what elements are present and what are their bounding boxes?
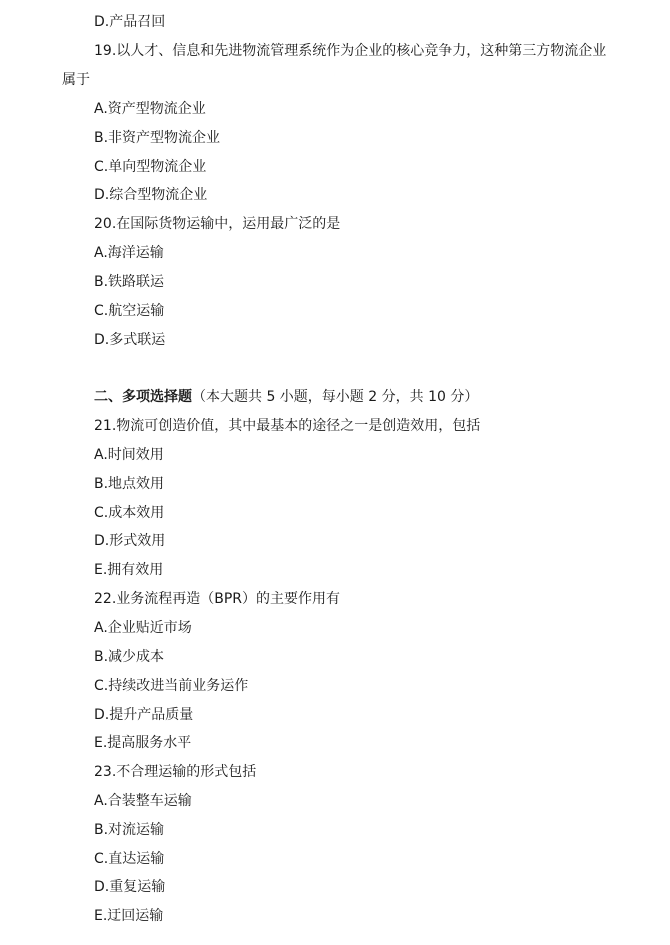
q21-option-a: A.时间效用 xyxy=(94,446,164,464)
q18-option-d: D.产品召回 xyxy=(94,13,165,31)
q22-option-c: C.持续改进当前业务运作 xyxy=(94,677,248,695)
q22-option-a: A.企业贴近市场 xyxy=(94,619,192,637)
q23-option-d: D.重复运输 xyxy=(94,878,165,896)
q23-stem: 23.不合理运输的形式包括 xyxy=(94,763,256,781)
q20-option-c: C.航空运输 xyxy=(94,302,164,320)
q20-stem: 20.在国际货物运输中，运用最广泛的是 xyxy=(94,215,340,233)
q21-option-d: D.形式效用 xyxy=(94,532,165,550)
section-heading: 二、多项选择题（本大题共 5 小题，每小题 2 分，共 10 分） xyxy=(94,388,478,406)
q19-option-a: A.资产型物流企业 xyxy=(94,100,206,118)
q23-option-e: E.迂回运输 xyxy=(94,907,163,925)
q22-option-b: B.减少成本 xyxy=(94,648,164,666)
q22-stem: 22.业务流程再造（BPR）的主要作用有 xyxy=(94,590,340,608)
q19-stem-line2: 属于 xyxy=(62,71,90,89)
q23-option-c: C.直达运输 xyxy=(94,850,164,868)
q19-option-d: D.综合型物流企业 xyxy=(94,186,207,204)
q19-option-b: B.非资产型物流企业 xyxy=(94,129,220,147)
q21-option-b: B.地点效用 xyxy=(94,475,164,493)
section-note: （本大题共 5 小题，每小题 2 分，共 10 分） xyxy=(192,389,478,405)
document-page: D.产品召回 19.以人才、信息和先进物流管理系统作为企业的核心竞争力，这种第三… xyxy=(0,0,670,945)
q21-option-e: E.拥有效用 xyxy=(94,561,163,579)
q23-option-b: B.对流运输 xyxy=(94,821,164,839)
q19-option-c: C.单向型物流企业 xyxy=(94,158,206,176)
q20-option-b: B.铁路联运 xyxy=(94,273,164,291)
q23-option-a: A.合装整车运输 xyxy=(94,792,192,810)
q20-option-a: A.海洋运输 xyxy=(94,244,164,262)
section-title: 二、多项选择题 xyxy=(94,389,192,405)
q21-option-c: C.成本效用 xyxy=(94,504,164,522)
q22-option-d: D.提升产品质量 xyxy=(94,706,193,724)
q20-option-d: D.多式联运 xyxy=(94,331,165,349)
q21-stem: 21.物流可创造价值，其中最基本的途径之一是创造效用，包括 xyxy=(94,417,480,435)
q22-option-e: E.提高服务水平 xyxy=(94,734,191,752)
q19-stem-line1: 19.以人才、信息和先进物流管理系统作为企业的核心竞争力，这种第三方物流企业 xyxy=(94,42,606,60)
